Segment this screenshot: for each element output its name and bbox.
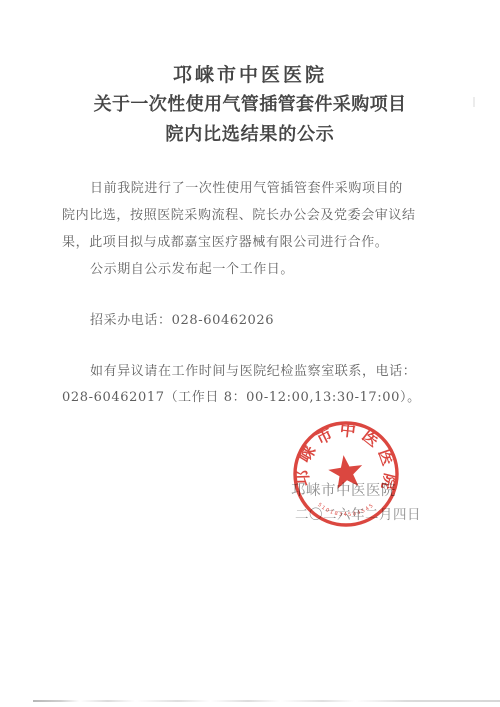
seal-registration-code: 5101834504545 [316, 502, 375, 518]
procurement-phone-block: 招采办电话：028-60462026 [62, 307, 420, 334]
paragraph-line: 果，此项目拟与成都嘉宝医疗器械有限公司进行合作。 [62, 229, 420, 256]
scan-edge-artifact [33, 700, 500, 702]
seal-arc-text: 邛崃市中医医院 [290, 418, 402, 497]
paragraph-line: 院内比选，按照医院采购流程、院长办公会及党委会审议结 [62, 202, 420, 229]
official-seal: 邛崃市中医医院 5101834504545 [290, 418, 402, 530]
seal-star-icon [327, 453, 365, 490]
title-line-hospital: 邛崃市中医医院 [0, 60, 500, 90]
main-paragraph: 日前我院进行了一次性使用气管插管套件采购项目的 院内比选，按照医院采购流程、院长… [62, 175, 420, 283]
objection-line: 如有异议请在工作时间与医院纪检监察室联系，电话： [62, 359, 420, 385]
paragraph-line: 日前我院进行了一次性使用气管插管套件采购项目的 [62, 175, 420, 202]
objection-contact-block: 如有异议请在工作时间与医院纪检监察室联系，电话： 028-60462017（工作… [62, 359, 420, 411]
publicity-period-line: 公示期自公示发布起一个工作日。 [62, 256, 420, 283]
objection-phone-line: 028-60462017（工作日 8：00-12:00,13:30-17:00）… [62, 385, 420, 411]
title-line-project: 关于一次性使用气管插管套件采购项目 [0, 90, 500, 120]
procurement-phone-line: 招采办电话：028-60462026 [62, 307, 420, 334]
scanned-notice-document: 邛崃市中医医院 关于一次性使用气管插管套件采购项目 院内比选结果的公示 日前我院… [0, 0, 500, 707]
document-title: 邛崃市中医医院 关于一次性使用气管插管套件采购项目 院内比选结果的公示 [0, 60, 500, 150]
title-line-result: 院内比选结果的公示 [0, 120, 500, 150]
scan-speck-artifact [473, 97, 475, 107]
